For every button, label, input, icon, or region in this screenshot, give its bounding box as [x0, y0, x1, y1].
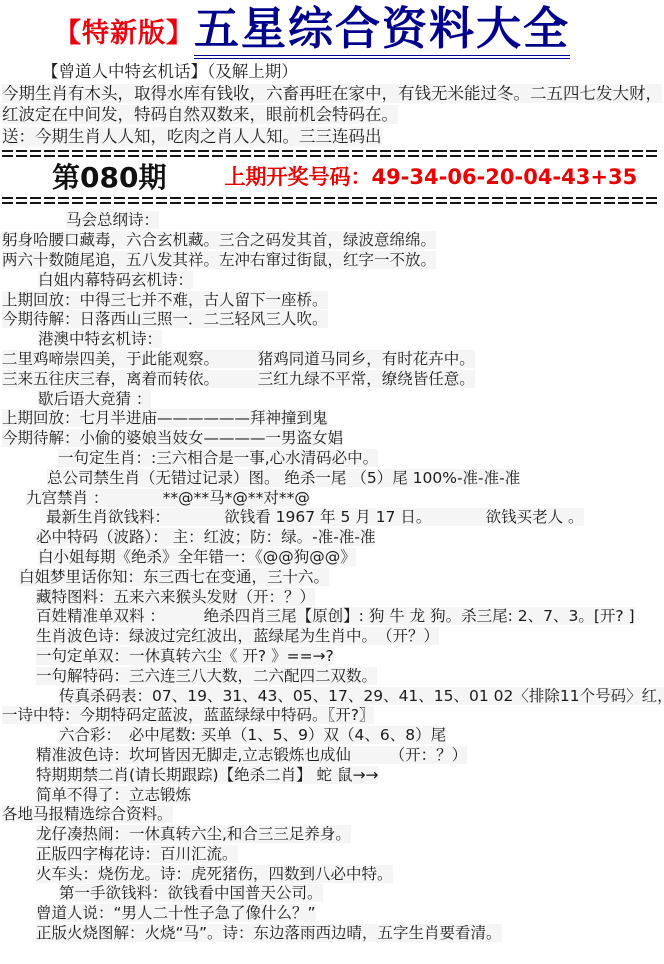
- issue-number: 第080期: [52, 156, 166, 196]
- text-line: 简单不得了：立志锻炼: [2, 786, 658, 806]
- text-line: 六合彩： 必中尾数: 买单（1、5、9）双（4、6、8）尾: [2, 726, 658, 746]
- text-line: 港澳中特玄机诗：: [2, 330, 658, 350]
- text-line: 今期待解：日落西山三照一．二三轻风三人吹。: [2, 310, 658, 330]
- body-content: 马会总纲诗：躬身哈腰口藏毒，六合玄机藏。三合之码发其首，绿波意绵绵。两六十数随尾…: [2, 211, 658, 943]
- last-draw-numbers: 上期开奖号码：49-34-06-20-04-43+35: [224, 161, 637, 191]
- text-line: 藏特图料：五来六来猴头发财（开：？）: [2, 588, 658, 608]
- text-line: 白姐梦里话你知：东三西七在变通，三十六。: [2, 568, 658, 588]
- text-line: 曾道人说：“男人二十性子急了像什么？”: [2, 904, 658, 924]
- text-line: 三来五往庆三春，离着而转依。 三红九绿不平常，缭绕皆任意。: [2, 370, 658, 390]
- text-line: 二里鸡啼崇四美，于此能观察。 猪鸡同道马同乡，有时花卉中。: [2, 350, 658, 370]
- text-line: 马会总纲诗：: [2, 211, 658, 231]
- text-line: 传真杀码表：07、19、31、43、05、17、29、41、15、01 02〈排…: [2, 687, 658, 707]
- text-line: 一句定单双：一休真转六尘《 开? 》==→?: [2, 647, 658, 667]
- intro-lines: 今期生肖有木头，取得水库有钱收，六畜再旺在家中，有钱无米能过冬。二五四七发大财，…: [2, 83, 658, 148]
- text-line: 精准波色诗：坎坷皆因无脚走,立志锻炼也成仙 （开：？）: [2, 746, 658, 766]
- text-line: 第一手欲钱料：欲钱看中国普天公司。: [2, 884, 658, 904]
- text-line: 最新生肖欲钱料： 欲钱看 1967 年 5 月 17 日。 欲钱买老人 。: [2, 508, 658, 528]
- text-line: 歇后语大竞猜 ：: [2, 390, 658, 410]
- text-line: 总公司禁生肖（无错过记录）图。 绝杀一尾 （5）尾 100%-准-准-准: [2, 469, 658, 489]
- masthead: 【特新版】 五星综合资料大全: [2, 6, 658, 59]
- text-line: 躬身哈腰口藏毒，六合玄机藏。三合之码发其首，绿波意绵绵。: [2, 231, 658, 251]
- text-line: 白小姐每期《绝杀》全年错一：《@@狗@@》: [2, 548, 658, 568]
- text-line: 必中特码（波路）： 主：红波；防：绿。-准-准-准: [2, 528, 658, 548]
- text-line: 一诗中特：今期特码定蓝波，蓝蓝绿绿中特码。〖开?〗: [2, 706, 658, 726]
- text-line: 一句解特码：三六连三八大数，二六配四二双数。: [2, 667, 658, 687]
- text-line: 生肖波色诗：绿波过完红波出，蓝绿尾为生肖中。 （开？）: [2, 627, 658, 647]
- text-line: 特期期禁二肖(请长期跟踪)【绝杀二肖】 蛇 鼠→→: [2, 766, 658, 786]
- text-line: 火车头：烧伤龙。诗：虎死猪伤，四数到八必中特。: [2, 865, 658, 885]
- separator-line: [2, 196, 658, 204]
- intro-heading: 【曾道人中特玄机话】（及解上期）: [2, 61, 658, 83]
- text-line: 正版火烧图解：火烧“马”。诗：东边落雨西边晴，五字生肖要看清。: [2, 924, 658, 944]
- text-line: 百姓精准单双料 ： 绝杀四肖三尾【原创】: 狗 牛 龙 狗。杀三尾: 2、7、3…: [2, 607, 658, 627]
- text-line: 今期待解：小偷的婆娘当妓女————一男盗女娼: [2, 429, 658, 449]
- text-line: 龙仔凑热闹：一休真转六尘,和合三三足养身。: [2, 825, 658, 845]
- text-line: 两六十数随尾追，五八发其祥。左冲右窜过街鼠，红字一不放。: [2, 251, 658, 271]
- issue-bar: 第080期 上期开奖号码：49-34-06-20-04-43+35: [2, 158, 658, 194]
- text-line: 一句定生肖：:三六相合是一事,心水清码必中。: [2, 449, 658, 469]
- text-line: 今期生肖有木头，取得水库有钱收，六畜再旺在家中，有钱无米能过冬。二五四七发大财，: [2, 83, 658, 105]
- text-line: 上期回放：七月半进庙——————拜神撞到鬼: [2, 409, 658, 429]
- text-line: 白姐内幕特码玄机诗：: [2, 271, 658, 291]
- lottery-info-sheet: 【特新版】 五星综合资料大全 【曾道人中特玄机话】（及解上期） 今期生肖有木头，…: [0, 0, 664, 964]
- text-line: 上期回放：中得三七并不难，古人留下一座桥。: [2, 291, 658, 311]
- text-line: 红波定在中间发，特码自然双数来，眼前机会特码在。: [2, 104, 658, 126]
- text-line: 九宫禁肖 ： **@**马*@**对**@: [2, 489, 658, 509]
- text-line: 送：今期生肖人人知，吃肉之肖人人知。三三连码出: [2, 126, 658, 148]
- page-title: 五星综合资料大全: [194, 6, 570, 59]
- text-line: 各地马报精选综合资料。: [2, 805, 658, 825]
- text-line: 正版四字梅花诗：百川汇流。: [2, 845, 658, 865]
- edition-badge: 【特新版】: [54, 11, 194, 59]
